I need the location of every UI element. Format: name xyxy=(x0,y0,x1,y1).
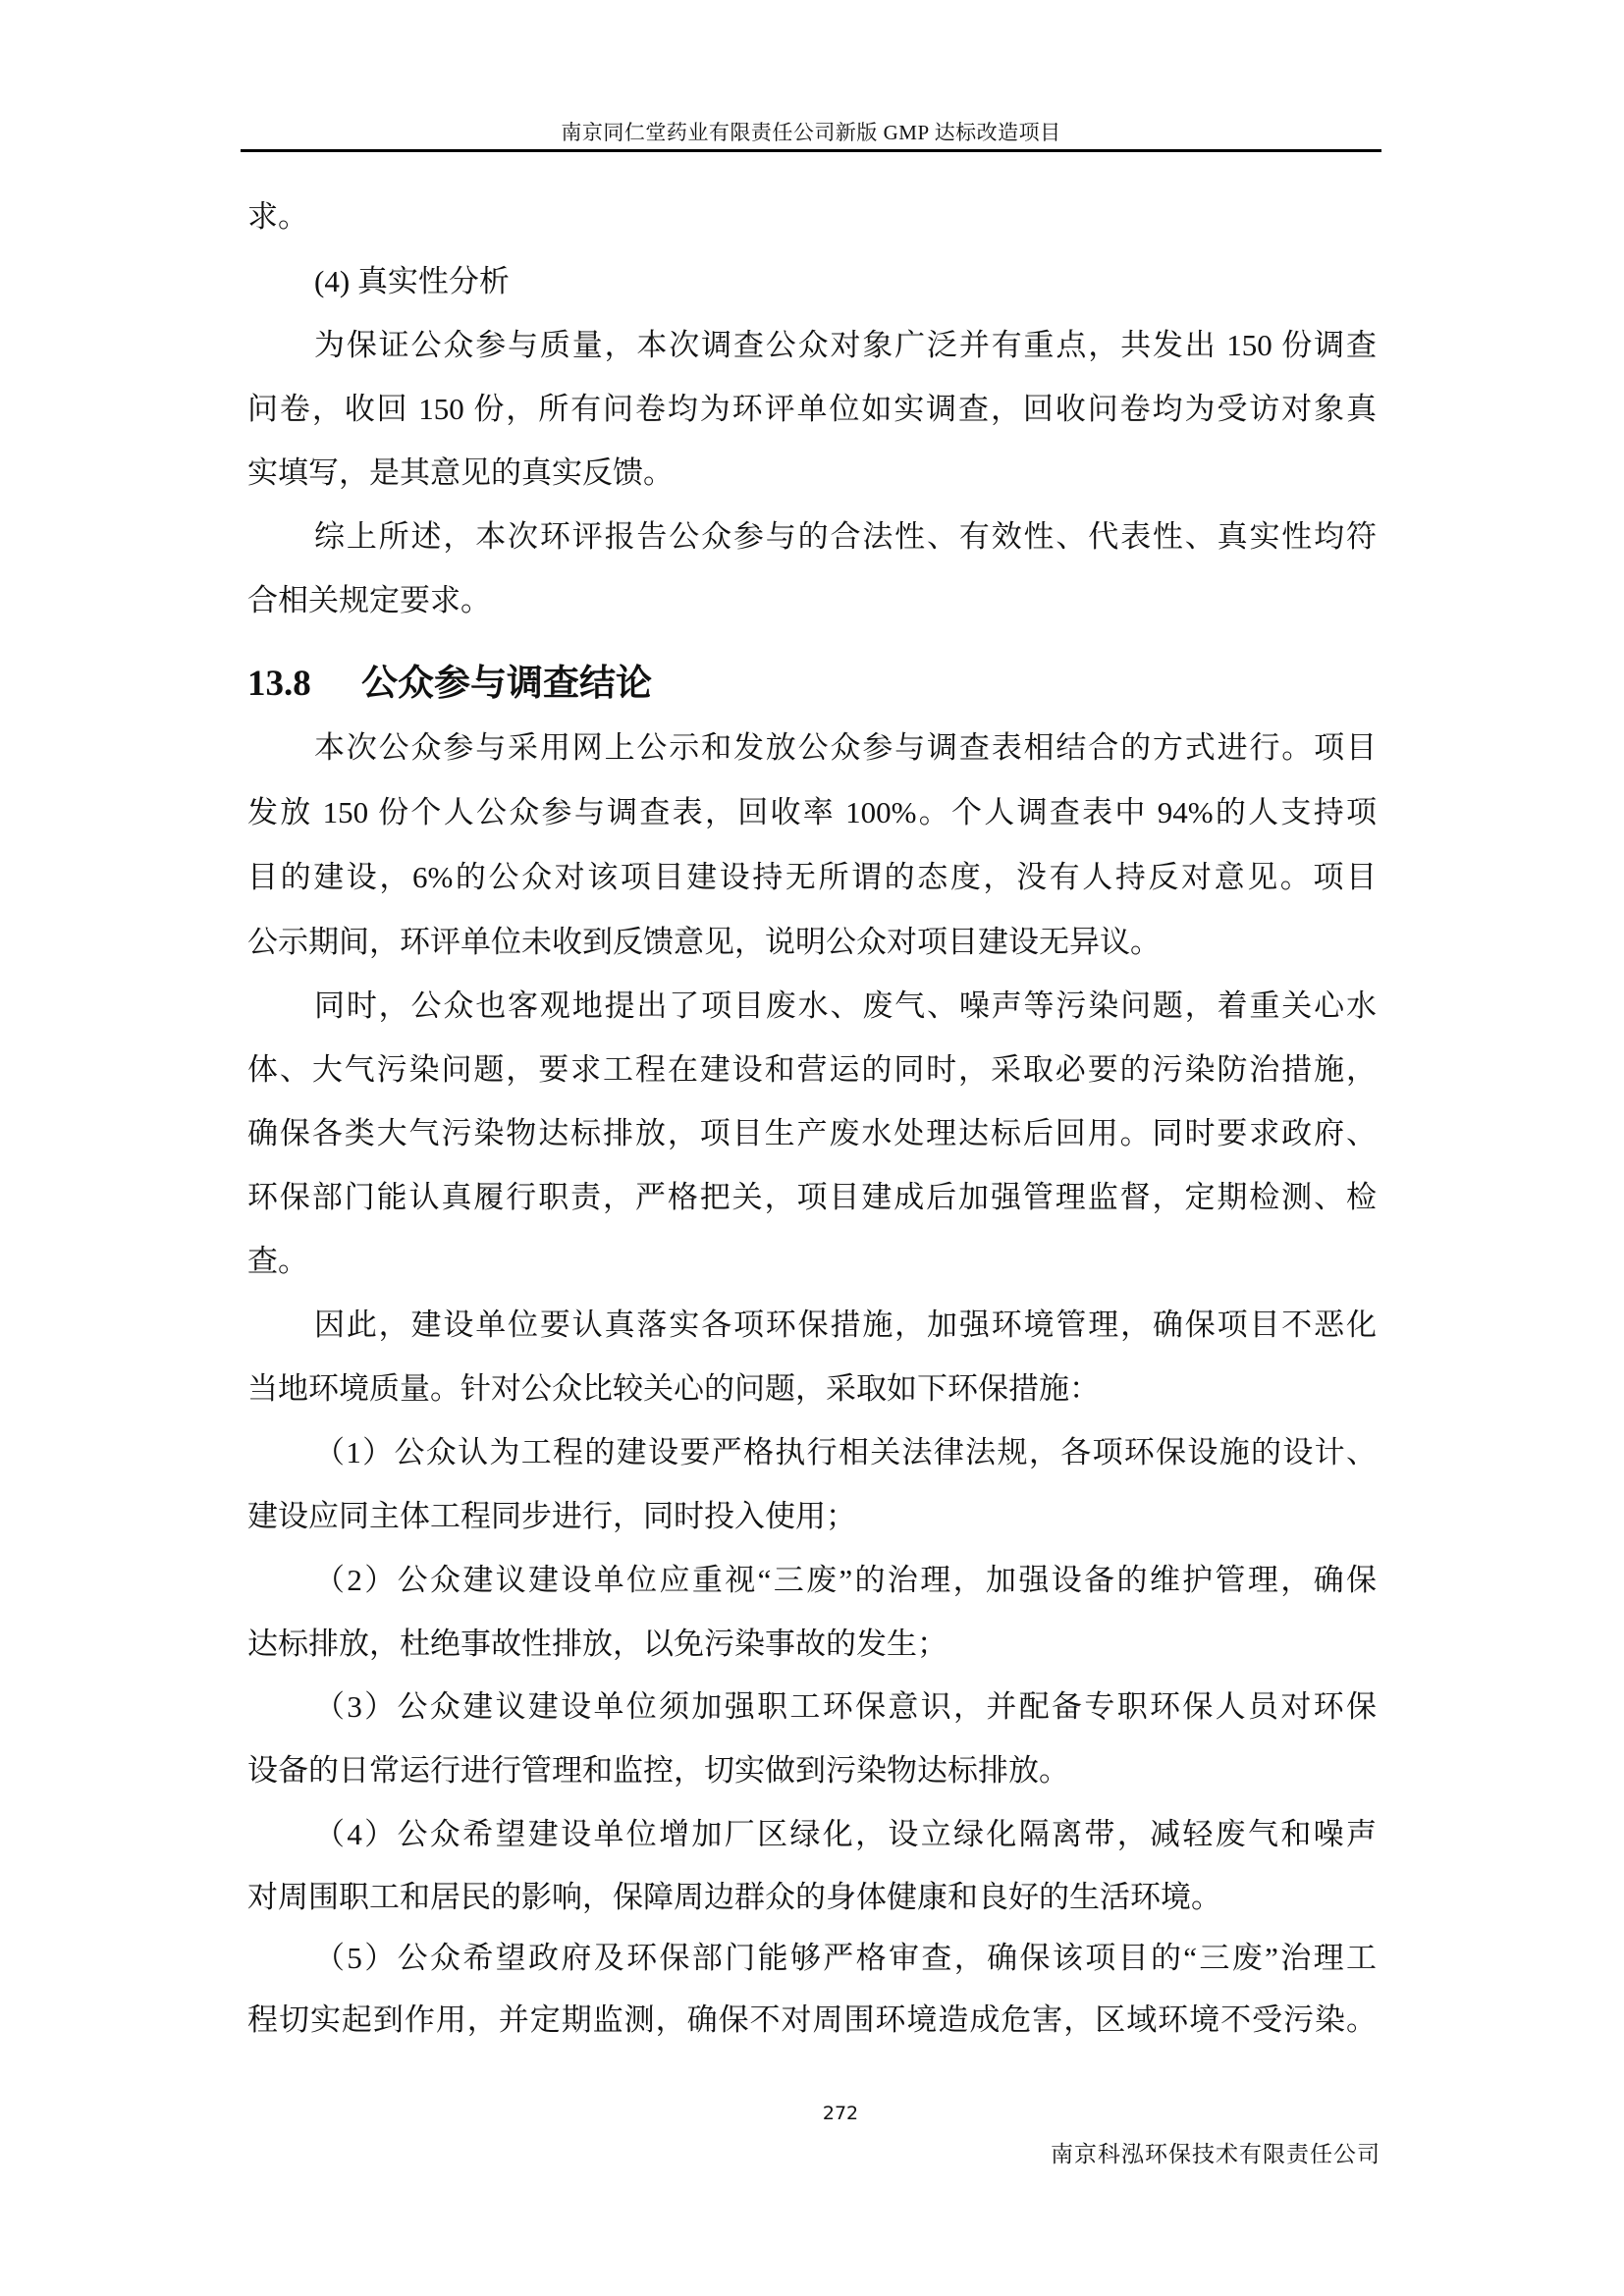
paragraph-line: 为保证公众参与质量，本次调查公众对象广泛并有重点，共发出 150 份调查 xyxy=(247,326,1377,365)
list-item-line: 达标排放，杜绝事故性排放，以免污染事故的发生； xyxy=(247,1625,1377,1664)
list-item-line: 建设应同主体工程同步进行，同时投入使用； xyxy=(247,1497,1377,1536)
section-title: 公众参与调查结论 xyxy=(361,664,652,704)
paragraph-line: 查。 xyxy=(247,1242,1377,1281)
list-item-line: （5）公众希望政府及环保部门能够严格审查，确保该项目的“三废”治理工 xyxy=(247,1939,1377,1978)
paragraph-line: 当地环境质量。针对公众比较关心的问题，采取如下环保措施： xyxy=(247,1369,1377,1409)
list-item-line: 设备的日常运行进行管理和监控，切实做到污染物达标排放。 xyxy=(247,1751,1377,1790)
paragraph-line: 实填写，是其意见的真实反馈。 xyxy=(247,454,1377,493)
list-item-line: （2）公众建议建设单位应重视“三废”的治理，加强设备的维护管理，确保 xyxy=(247,1561,1377,1600)
list-item-line: （3）公众建议建设单位须加强职工环保意识，并配备专职环保人员对环保 xyxy=(247,1687,1377,1727)
paragraph-line: 求。 xyxy=(247,197,1377,237)
list-item-line: 程切实起到作用，并定期监测，确保不对周围环境造成危害，区域环境不受污染。 xyxy=(247,2001,1377,2040)
document-page: 南京同仁堂药业有限责任公司新版 GMP 达标改造项目 求。 (4) 真实性分析 … xyxy=(0,0,1624,2296)
paragraph-line: 因此，建设单位要认真落实各项环保措施，加强环境管理，确保项目不恶化 xyxy=(247,1306,1377,1345)
header-rule xyxy=(241,149,1381,152)
paragraph-line: 综上所述，本次环评报告公众参与的合法性、有效性、代表性、真实性均符 xyxy=(247,517,1377,557)
list-item-line: （4）公众希望建设单位增加厂区绿化，设立绿化隔离带，减轻废气和噪声 xyxy=(247,1815,1377,1854)
subsection-heading: (4) 真实性分析 xyxy=(247,262,1377,301)
paragraph-line: 目的建设，6%的公众对该项目建设持无所谓的态度，没有人持反对意见。项目 xyxy=(247,858,1377,897)
paragraph-line: 问卷，收回 150 份，所有问卷均为环评单位如实调查，回收问卷均为受访对象真 xyxy=(247,390,1377,429)
paragraph-line: 本次公众参与采用网上公示和发放公众参与调查表相结合的方式进行。项目 xyxy=(247,728,1377,768)
list-item-line: （1）公众认为工程的建设要严格执行相关法律法规，各项环保设施的设计、 xyxy=(247,1433,1377,1472)
footer-company: 南京科泓环保技术有限责任公司 xyxy=(1051,2140,1380,2169)
paragraph-line: 确保各类大气污染物达标排放，项目生产废水处理达标后回用。同时要求政府、 xyxy=(247,1114,1377,1153)
section-number: 13.8 xyxy=(247,662,361,707)
section-heading: 13.8公众参与调查结论 xyxy=(247,662,652,707)
paragraph-line: 同时，公众也客观地提出了项目废水、废气、噪声等污染问题，着重关心水 xyxy=(247,987,1377,1026)
running-header: 南京同仁堂药业有限责任公司新版 GMP 达标改造项目 xyxy=(241,118,1381,147)
paragraph-line: 体、大气污染问题，要求工程在建设和营运的同时，采取必要的污染防治措施， xyxy=(247,1050,1377,1090)
page-number: 272 xyxy=(791,2101,890,2126)
list-item-line: 对周围职工和居民的影响，保障周边群众的身体健康和良好的生活环境。 xyxy=(247,1878,1377,1917)
paragraph-line: 公示期间，环评单位未收到反馈意见，说明公众对项目建设无异议。 xyxy=(247,923,1377,962)
paragraph-line: 合相关规定要求。 xyxy=(247,581,1377,620)
paragraph-line: 环保部门能认真履行职责，严格把关，项目建成后加强管理监督，定期检测、检 xyxy=(247,1178,1377,1217)
paragraph-line: 发放 150 份个人公众参与调查表，回收率 100%。个人调查表中 94%的人支… xyxy=(247,793,1377,832)
